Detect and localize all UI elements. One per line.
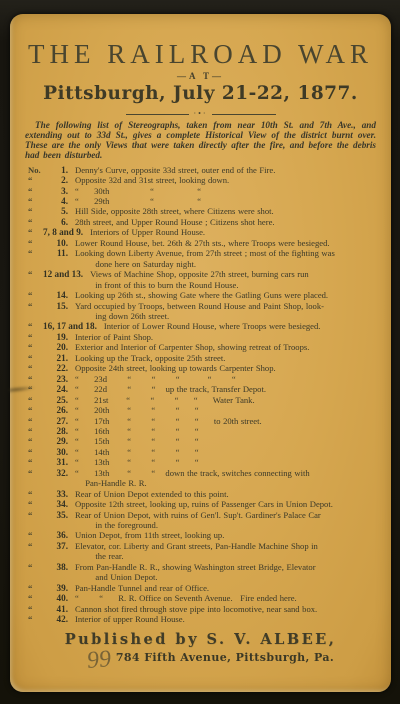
item-text: Looking down Liberty Avenue, from 27th s… [75, 248, 383, 269]
item-ditto-marker: “ [26, 290, 43, 300]
item-ditto-marker: “ [26, 457, 43, 467]
item-ditto-marker: “ [26, 363, 43, 373]
item-number: 14. [43, 290, 75, 300]
list-item: “ 32. “ 13th “ “ down the track, switche… [26, 468, 383, 489]
item-number: 6. [43, 217, 75, 227]
item-number: 24. [43, 384, 75, 394]
item-number: 37. [43, 541, 75, 551]
list-item: “ 16, 17 and 18. Interior of Lower Round… [26, 321, 383, 331]
item-ditto-marker: “ [26, 248, 43, 258]
list-item: “ 41. Cannon shot fired through stove pi… [26, 604, 383, 614]
item-number: 16, 17 and 18. [43, 321, 104, 331]
divider-line [126, 114, 190, 115]
item-text: Rear of Union Depot extended to this poi… [75, 489, 383, 499]
item-number: 29. [43, 436, 75, 446]
list-item: “ 28. “ 16th “ “ “ “ [26, 426, 383, 436]
item-ditto-marker: “ [26, 604, 43, 614]
item-number: 15. [43, 301, 75, 311]
item-number: 10. [43, 238, 75, 248]
list-item: “ 26. “ 20th “ “ “ “ [26, 405, 383, 415]
item-ditto-marker: “ [26, 206, 43, 216]
item-text: Yard occupied by Troops, between Round H… [75, 301, 383, 322]
item-text: “ “ R. R. Office on Seventh Avenue. Fire… [75, 593, 383, 603]
item-text: Looking up 26th st., showing Gate where … [75, 290, 383, 300]
item-ditto-marker: “ [26, 541, 43, 551]
item-number: 19. [43, 332, 75, 342]
list-item: “ 42. Interior of upper Round House. [26, 614, 383, 624]
item-ditto-marker: “ [26, 614, 43, 624]
item-text: “ 17th “ “ “ “ to 20th street. [75, 416, 383, 426]
list-item: “ 7, 8 and 9. Interiors of Upper Round H… [26, 227, 383, 237]
card-subtitle: Pittsburgh, July 21-22, 1877. [10, 83, 391, 105]
title-at-label: —A T— [10, 71, 391, 82]
photo-background: { "card": { "title": "THE RAILROAD WAR",… [0, 0, 400, 704]
item-ditto-marker: “ [26, 217, 43, 227]
list-item: “ 10. Lower Round House, bet. 26th & 27t… [26, 238, 383, 248]
item-text: “ 23d “ “ “ “ “ [75, 374, 383, 384]
item-number: 41. [43, 604, 75, 614]
item-ditto-marker: “ [26, 405, 43, 415]
item-number: 35. [43, 510, 75, 520]
list-item: “ 30. “ 14th “ “ “ “ [26, 447, 383, 457]
stereograph-list: No. 1. Denny's Curve, opposite 33d stree… [26, 165, 383, 625]
list-item: “ 22. Opposite 24th street, looking up t… [26, 363, 383, 373]
item-text: Opposite 32d and 31st street, looking do… [75, 175, 383, 185]
item-text: “ 13th “ “ down the track, switches conn… [75, 468, 383, 489]
list-item: “ 37. Elevator, cor. Liberty and Grant s… [26, 541, 383, 562]
item-text: Exterior and Interior of Carpenter Shop,… [75, 342, 383, 352]
item-ditto-marker: “ [26, 186, 43, 196]
list-item: “ 39. Pan-Handle Tunnel and rear of Offi… [26, 583, 383, 593]
item-text: “ 15th “ “ “ “ [75, 436, 383, 446]
footer: Published by S. V. ALBEE, 99 784 Fifth A… [10, 631, 391, 667]
item-ditto-marker: “ [26, 530, 43, 540]
item-number: 25. [43, 395, 75, 405]
item-text: Hill Side, opposite 28th street, where C… [75, 206, 383, 216]
item-ditto-marker: “ [26, 321, 43, 331]
item-ditto-marker: “ [26, 426, 43, 436]
item-text: Interior of upper Round House. [75, 614, 383, 624]
list-item: “ 40. “ “ R. R. Office on Seventh Avenue… [26, 593, 383, 603]
item-number: 36. [43, 530, 75, 540]
item-text: 28th street, and Upper Round House ; Cit… [75, 217, 383, 227]
list-item: “ 36. Union Depot, from 11th street, loo… [26, 530, 383, 540]
item-text: “ 21st “ “ “ “ Water Tank. [75, 395, 383, 405]
item-text: From Pan-Handle R. R., showing Washingto… [75, 562, 383, 583]
list-item: “ 19. Interior of Paint Shop. [26, 332, 383, 342]
item-number: 3. [43, 186, 75, 196]
item-text: Pan-Handle Tunnel and rear of Office. [75, 583, 383, 593]
list-item: “ 38. From Pan-Handle R. R., showing Was… [26, 562, 383, 583]
list-item: “ 11. Looking down Liberty Avenue, from … [26, 248, 383, 269]
list-item: No. 1. Denny's Curve, opposite 33d stree… [26, 165, 383, 175]
item-ditto-marker: “ [26, 510, 43, 520]
item-number: 22. [43, 363, 75, 373]
publisher-address: 784 Fifth Avenue, Pittsburgh, Pa. [116, 649, 334, 665]
item-ditto-marker: “ [26, 238, 43, 248]
item-text: Looking up the Track, opposite 25th stre… [75, 353, 383, 363]
item-text: Views of Machine Shop, opposite 27th str… [90, 269, 383, 290]
handwritten-number: 99 [86, 650, 111, 670]
item-ditto-marker: “ [26, 562, 43, 572]
item-ditto-marker: “ [26, 175, 43, 185]
item-ditto-marker: “ [26, 196, 43, 206]
item-number: 32. [43, 468, 75, 478]
item-text: Denny's Curve, opposite 33d street, oute… [75, 165, 383, 175]
list-item: “ 3. “ 30th “ “ [26, 186, 383, 196]
divider-ornament: ·•· [126, 110, 276, 118]
item-number: 1. [43, 165, 75, 175]
item-text: Interiors of Upper Round House. [90, 227, 383, 237]
item-ditto-marker: No. [26, 165, 43, 175]
item-text: Rear of Union Depot, with ruins of Gen'l… [75, 510, 383, 531]
stereograph-card: THE RAILROAD WAR —A T— Pittsburgh, July … [10, 14, 391, 692]
item-ditto-marker: “ [26, 447, 43, 457]
address-line: 99 784 Fifth Avenue, Pittsburgh, Pa. [20, 649, 400, 667]
item-number: 23. [43, 374, 75, 384]
item-ditto-marker: “ [26, 332, 43, 342]
list-item: “ 2. Opposite 32d and 31st street, looki… [26, 175, 383, 185]
item-ditto-marker: “ [26, 227, 43, 237]
item-text: Interior of Paint Shop. [75, 332, 383, 342]
item-ditto-marker: “ [26, 353, 43, 363]
list-item: “ 21. Looking up the Track, opposite 25t… [26, 353, 383, 363]
item-number: 26. [43, 405, 75, 415]
item-text: Union Depot, from 11th street, looking u… [75, 530, 383, 540]
item-number: 27. [43, 416, 75, 426]
item-text: Elevator, cor. Liberty and Grant streets… [75, 541, 383, 562]
item-ditto-marker: “ [26, 269, 43, 279]
item-number: 31. [43, 457, 75, 467]
item-ditto-marker: “ [26, 374, 43, 384]
item-ditto-marker: “ [26, 301, 43, 311]
item-number: 7, 8 and 9. [43, 227, 90, 237]
list-item: “ 20. Exterior and Interior of Carpenter… [26, 342, 383, 352]
list-item: “ 35. Rear of Union Depot, with ruins of… [26, 510, 383, 531]
item-ditto-marker: “ [26, 342, 43, 352]
intro-paragraph: The following list of Stereographs, take… [25, 121, 376, 161]
item-text: “ 22d “ “ up the track, Transfer Depot. [75, 384, 383, 394]
item-text: Interior of Lower Round House, where Tro… [104, 321, 383, 331]
list-item: “ 23. “ 23d “ “ “ “ “ [26, 374, 383, 384]
item-text: “ 13th “ “ “ “ [75, 457, 383, 467]
publisher-line: Published by S. V. ALBEE, [10, 631, 391, 648]
item-text: “ 14th “ “ “ “ [75, 447, 383, 457]
item-ditto-marker: “ [26, 499, 43, 509]
item-text: “ 16th “ “ “ “ [75, 426, 383, 436]
item-number: 11. [43, 248, 75, 258]
list-item: “ 33. Rear of Union Depot extended to th… [26, 489, 383, 499]
item-ditto-marker: “ [26, 468, 43, 478]
item-ditto-marker: “ [26, 583, 43, 593]
list-item: “ 29. “ 15th “ “ “ “ [26, 436, 383, 446]
item-number: 2. [43, 175, 75, 185]
item-ditto-marker: “ [26, 436, 43, 446]
item-text: Opposite 12th street, looking up, ruins … [75, 499, 383, 509]
divider-line [212, 114, 276, 115]
item-number: 38. [43, 562, 75, 572]
item-text: Opposite 24th street, looking up towards… [75, 363, 383, 373]
list-item: “ 31. “ 13th “ “ “ “ [26, 457, 383, 467]
item-number: 20. [43, 342, 75, 352]
item-number: 12 and 13. [43, 269, 90, 279]
list-item: “ 12 and 13. Views of Machine Shop, oppo… [26, 269, 383, 290]
item-number: 5. [43, 206, 75, 216]
item-text: Cannon shot fired through stove pipe int… [75, 604, 383, 614]
item-text: “ 20th “ “ “ “ [75, 405, 383, 415]
item-number: 30. [43, 447, 75, 457]
item-number: 39. [43, 583, 75, 593]
list-item: “ 6. 28th street, and Upper Round House … [26, 217, 383, 227]
list-item: “ 5. Hill Side, opposite 28th street, wh… [26, 206, 383, 216]
item-text: “ 30th “ “ [75, 186, 383, 196]
item-number: 21. [43, 353, 75, 363]
item-ditto-marker: “ [26, 489, 43, 499]
item-text: “ 29th “ “ [75, 196, 383, 206]
item-ditto-marker: “ [26, 593, 43, 603]
item-number: 28. [43, 426, 75, 436]
list-item: “ 25. “ 21st “ “ “ “ Water Tank. [26, 395, 383, 405]
item-number: 40. [43, 593, 75, 603]
item-number: 4. [43, 196, 75, 206]
list-item: “ 27. “ 17th “ “ “ “ to 20th street. [26, 416, 383, 426]
item-number: 33. [43, 489, 75, 499]
item-ditto-marker: “ [26, 395, 43, 405]
divider-dots: ·•· [189, 110, 211, 118]
list-item: “ 24. “ 22d “ “ up the track, Transfer D… [26, 384, 383, 394]
card-title: THE RAILROAD WAR [18, 39, 383, 69]
item-number: 42. [43, 614, 75, 624]
list-item: “ 4. “ 29th “ “ [26, 196, 383, 206]
item-text: Lower Round House, bet. 26th & 27th sts.… [75, 238, 383, 248]
item-number: 34. [43, 499, 75, 509]
list-item: “ 14. Looking up 26th st., showing Gate … [26, 290, 383, 300]
list-item: “ 34. Opposite 12th street, looking up, … [26, 499, 383, 509]
list-item: “ 15. Yard occupied by Troops, between R… [26, 301, 383, 322]
item-ditto-marker: “ [26, 416, 43, 426]
